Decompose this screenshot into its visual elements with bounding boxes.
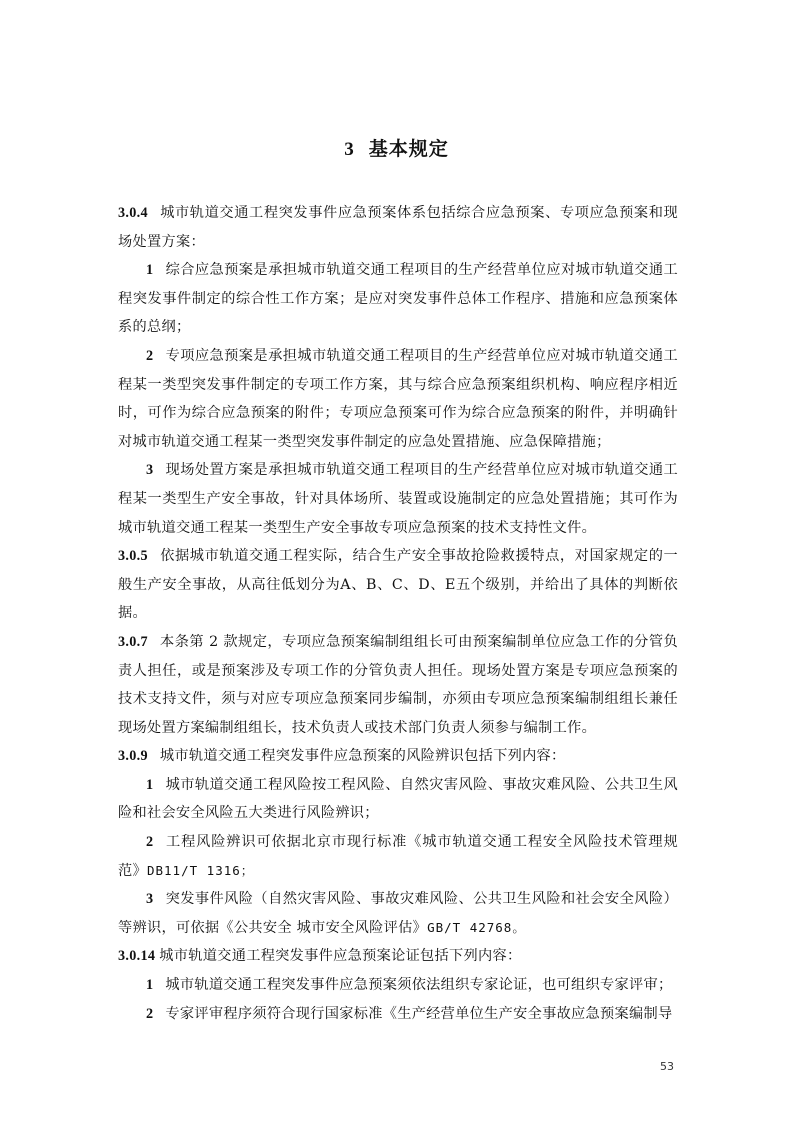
document-body: 3.0.4城市轨道交通工程突发事件应急预案体系包括综合应急预案、专项应急预案和现… — [118, 199, 678, 1028]
clause-text: 依据城市轨道交通工程实际，结合生产安全事故抢险救援特点，对国家规定的一般生产安全… — [118, 548, 678, 621]
item-number: 2 — [146, 348, 153, 364]
clause-3-0-9: 3.0.9城市轨道交通工程突发事件应急预案的风险辨识包括下列内容： — [118, 742, 678, 771]
item-number: 3 — [146, 891, 153, 907]
item-text: 突发事件风险（自然灾害风险、事故灾难风险、公共卫生风险和社会安全风险）等辨识，可… — [118, 891, 678, 936]
chapter-title: 基本规定 — [369, 138, 449, 160]
item-number: 2 — [146, 1006, 153, 1022]
list-item: 1综合应急预案是承担城市轨道交通工程项目的生产经营单位应对城市轨道交通工程突发事… — [118, 256, 678, 342]
page-number: 53 — [660, 1060, 674, 1073]
item-number: 1 — [146, 777, 153, 793]
clause-number: 3.0.5 — [118, 548, 148, 564]
clause-text: 本条第 2 款规定，专项应急预案编制组组长可由预案编制单位应急工作的分管负责人担… — [118, 634, 678, 736]
clause-text: 城市轨道交通工程突发事件应急预案论证包括下列内容： — [159, 948, 521, 964]
item-number: 3 — [146, 462, 153, 478]
item-text: 综合应急预案是承担城市轨道交通工程项目的生产经营单位应对城市轨道交通工程突发事件… — [118, 262, 678, 335]
item-number: 1 — [146, 262, 153, 278]
item-text: 专家评审程序须符合现行国家标准《生产经营单位生产安全事故应急预案编制导 — [165, 1006, 672, 1022]
item-number: 1 — [146, 977, 153, 993]
item-number: 2 — [146, 834, 153, 850]
list-item: 1城市轨道交通工程风险按工程风险、自然灾害风险、事故灾难风险、公共卫生风险和社会… — [118, 771, 678, 828]
list-item: 2专项应急预案是承担城市轨道交通工程项目的生产经营单位应对城市轨道交通工程某一类… — [118, 342, 678, 456]
list-item: 3突发事件风险（自然灾害风险、事故灾难风险、公共卫生风险和社会安全风险）等辨识，… — [118, 885, 678, 942]
clause-3-0-4: 3.0.4城市轨道交通工程突发事件应急预案体系包括综合应急预案、专项应急预案和现… — [118, 199, 678, 256]
clause-text: 城市轨道交通工程突发事件应急预案的风险辨识包括下列内容： — [160, 748, 566, 764]
standard-code: GB/T 42768。 — [427, 920, 526, 935]
clause-number: 3.0.4 — [118, 205, 148, 221]
list-item: 3现场处置方案是承担城市轨道交通工程项目的生产经营单位应对城市轨道交通工程某一类… — [118, 456, 678, 542]
list-item: 1城市轨道交通工程突发事件应急预案须依法组织专家论证，也可组织专家评审； — [118, 971, 678, 1000]
standard-code: DB11/T 1316； — [147, 863, 254, 878]
clause-text: 城市轨道交通工程突发事件应急预案体系包括综合应急预案、专项应急预案和现场处置方案… — [118, 205, 678, 250]
list-item: 2工程风险辨识可依据北京市现行标准《城市轨道交通工程安全风险技术管理规范》DB1… — [118, 828, 678, 885]
item-text: 专项应急预案是承担城市轨道交通工程项目的生产经营单位应对城市轨道交通工程某一类型… — [118, 348, 678, 450]
clause-number: 3.0.14 — [118, 948, 155, 964]
clause-3-0-5: 3.0.5依据城市轨道交通工程实际，结合生产安全事故抢险救援特点，对国家规定的一… — [118, 542, 678, 628]
clause-number: 3.0.9 — [118, 748, 148, 764]
list-item: 2专家评审程序须符合现行国家标准《生产经营单位生产安全事故应急预案编制导 — [118, 1000, 678, 1029]
item-text: 现场处置方案是承担城市轨道交通工程项目的生产经营单位应对城市轨道交通工程某一类型… — [118, 462, 678, 535]
chapter-number: 3 — [344, 139, 355, 160]
chapter-heading: 3基本规定 — [0, 134, 793, 161]
clause-number: 3.0.7 — [118, 634, 148, 650]
item-text: 城市轨道交通工程风险按工程风险、自然灾害风险、事故灾难风险、公共卫生风险和社会安… — [118, 777, 678, 822]
document-page: 3基本规定 3.0.4城市轨道交通工程突发事件应急预案体系包括综合应急预案、专项… — [0, 0, 793, 1123]
item-text: 城市轨道交通工程突发事件应急预案须依法组织专家论证，也可组织专家评审； — [165, 977, 672, 993]
clause-3-0-7: 3.0.7本条第 2 款规定，专项应急预案编制组组长可由预案编制单位应急工作的分… — [118, 628, 678, 742]
clause-3-0-14: 3.0.14城市轨道交通工程突发事件应急预案论证包括下列内容： — [118, 942, 678, 971]
